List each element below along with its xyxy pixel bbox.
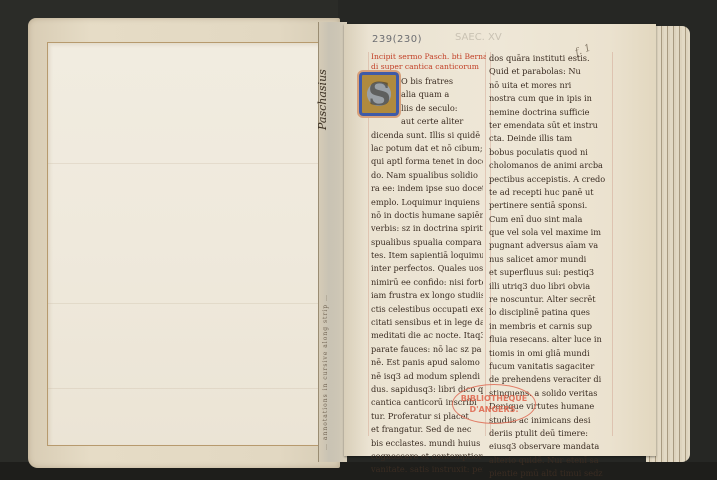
text-line: qui aptl forma tenet in doce xyxy=(371,155,483,168)
text-line: cholomanos de animi arcba xyxy=(489,159,614,172)
text-line: et superfluus sui: pestiq3 xyxy=(489,266,614,279)
rubric-line: di super cantica canticorum xyxy=(371,62,486,72)
text-line: et frangatur. Sed de nec xyxy=(371,423,483,436)
text-line: bobus poculatis quod ni xyxy=(489,146,614,159)
crease xyxy=(48,388,324,389)
text-line: Quid et parabolas: Nu xyxy=(489,65,614,78)
text-line: re noscuntur. Alter secrēt xyxy=(489,293,614,306)
crease xyxy=(48,303,324,304)
text-line: nemine doctrina sufficie xyxy=(489,106,614,119)
faint-date-mark: SAEC. XV xyxy=(455,32,502,43)
rubric-line: Incipit sermo Pasch. bti Bernar xyxy=(371,52,486,62)
text-line: spualibus spualia compara xyxy=(371,236,483,249)
library-stamp: BIBLIOTHÈQUE D'ANGERS. xyxy=(452,384,536,424)
text-line: nō in doctis humane sapiēne xyxy=(371,209,483,222)
text-line: pertinere sentiā sponsi. xyxy=(489,199,614,212)
text-line: nē isq3 ad modum splendi xyxy=(371,370,483,383)
text-line: vanitate. satis instruxit: per xyxy=(371,463,483,476)
text-line: tiomis in omi gliā mundi xyxy=(489,347,614,360)
crease xyxy=(48,163,324,164)
blank-pastedown xyxy=(47,42,324,446)
text-line: alterio quidē. Nur etenī sa xyxy=(489,454,614,467)
text-line: ter emendata sūt et instru xyxy=(489,119,614,132)
text-line: liis de seculo: xyxy=(371,102,483,115)
text-line: nimirū ee confido: nisi forte xyxy=(371,276,483,289)
text-line: dicenda sunt. Illis si quidē xyxy=(371,129,483,142)
text-line: cta. Deinde illis tam xyxy=(489,132,614,145)
text-line: tes. Item sapientiā loquimur xyxy=(371,249,483,262)
ruling-line xyxy=(485,52,486,436)
stamp-line: D'ANGERS. xyxy=(453,404,535,415)
text-line: dos quāra instituti estis. xyxy=(489,52,614,65)
text-line: parate fauces: nō lac sz pa xyxy=(371,343,483,356)
text-line: do. Nam spualibus solidio xyxy=(371,169,483,182)
text-line: in membris et carnis sup xyxy=(489,320,614,333)
text-line: pugnant adversus aīam va xyxy=(489,239,614,252)
text-line: O bis fratres xyxy=(371,75,483,88)
text-line: nē. Est panis apud salomo xyxy=(371,356,483,369)
text-line: bis ecclastes. mundi huius xyxy=(371,437,483,450)
text-line: nus salicet amor mundi xyxy=(489,253,614,266)
text-line: illi utriq3 duo libri obvia xyxy=(489,280,614,293)
text-line: aut certe aliter xyxy=(371,115,483,128)
text-line: te ad recepti huc panē ut xyxy=(489,186,614,199)
text-line: eiusq3 observare mandata xyxy=(489,440,614,453)
stamp-line: BIBLIOTHÈQUE xyxy=(453,393,535,404)
text-line: lo disciplinē patina ques xyxy=(489,306,614,319)
text-line: deriis ptulit deū timere: xyxy=(489,427,614,440)
text-line: iam frustra ex longo studiis xyxy=(371,289,483,302)
text-line: meditati die ac nocte. Itaq3 xyxy=(371,329,483,342)
text-line: nō uita et mores nri xyxy=(489,79,614,92)
text-line: emplo. Loquimur inquiens xyxy=(371,196,483,209)
shelfmark: 239(230) xyxy=(372,34,422,45)
text-line: nostra cum que in ipis in xyxy=(489,92,614,105)
text-line: inter perfectos. Quales uos xyxy=(371,262,483,275)
text-line: fucum vanitatis sagaciter xyxy=(489,360,614,373)
text-line: lac potum dat et nō cibum; xyxy=(371,142,483,155)
text-line: que vel sola vel maxime im xyxy=(489,226,614,239)
text-line: pientie pmū altd timui sedz xyxy=(489,467,614,480)
text-line: fluia resecans. alter luce in xyxy=(489,333,614,346)
text-line: alia quam a xyxy=(371,88,483,101)
text-line: citati sensibus et in lege da xyxy=(371,316,483,329)
text-line: verbis: sz in doctrina spiritus xyxy=(371,222,483,235)
guard-strip-scribble: … annotations in cursive along strip … xyxy=(322,250,336,450)
text-line: pectibus accepistis. A credo xyxy=(489,173,614,186)
rubric-heading: Incipit sermo Pasch. bti Bernar di super… xyxy=(371,52,486,72)
guard-strip-note: Paschasius xyxy=(316,70,336,130)
text-line: ra ee: indem ipse suo docet ex xyxy=(371,182,483,195)
text-line: ctis celestibus occupati exer xyxy=(371,303,483,316)
text-line: Cum enī duo sint mala xyxy=(489,213,614,226)
text-line: cognoscere et contemptiore xyxy=(371,450,483,463)
